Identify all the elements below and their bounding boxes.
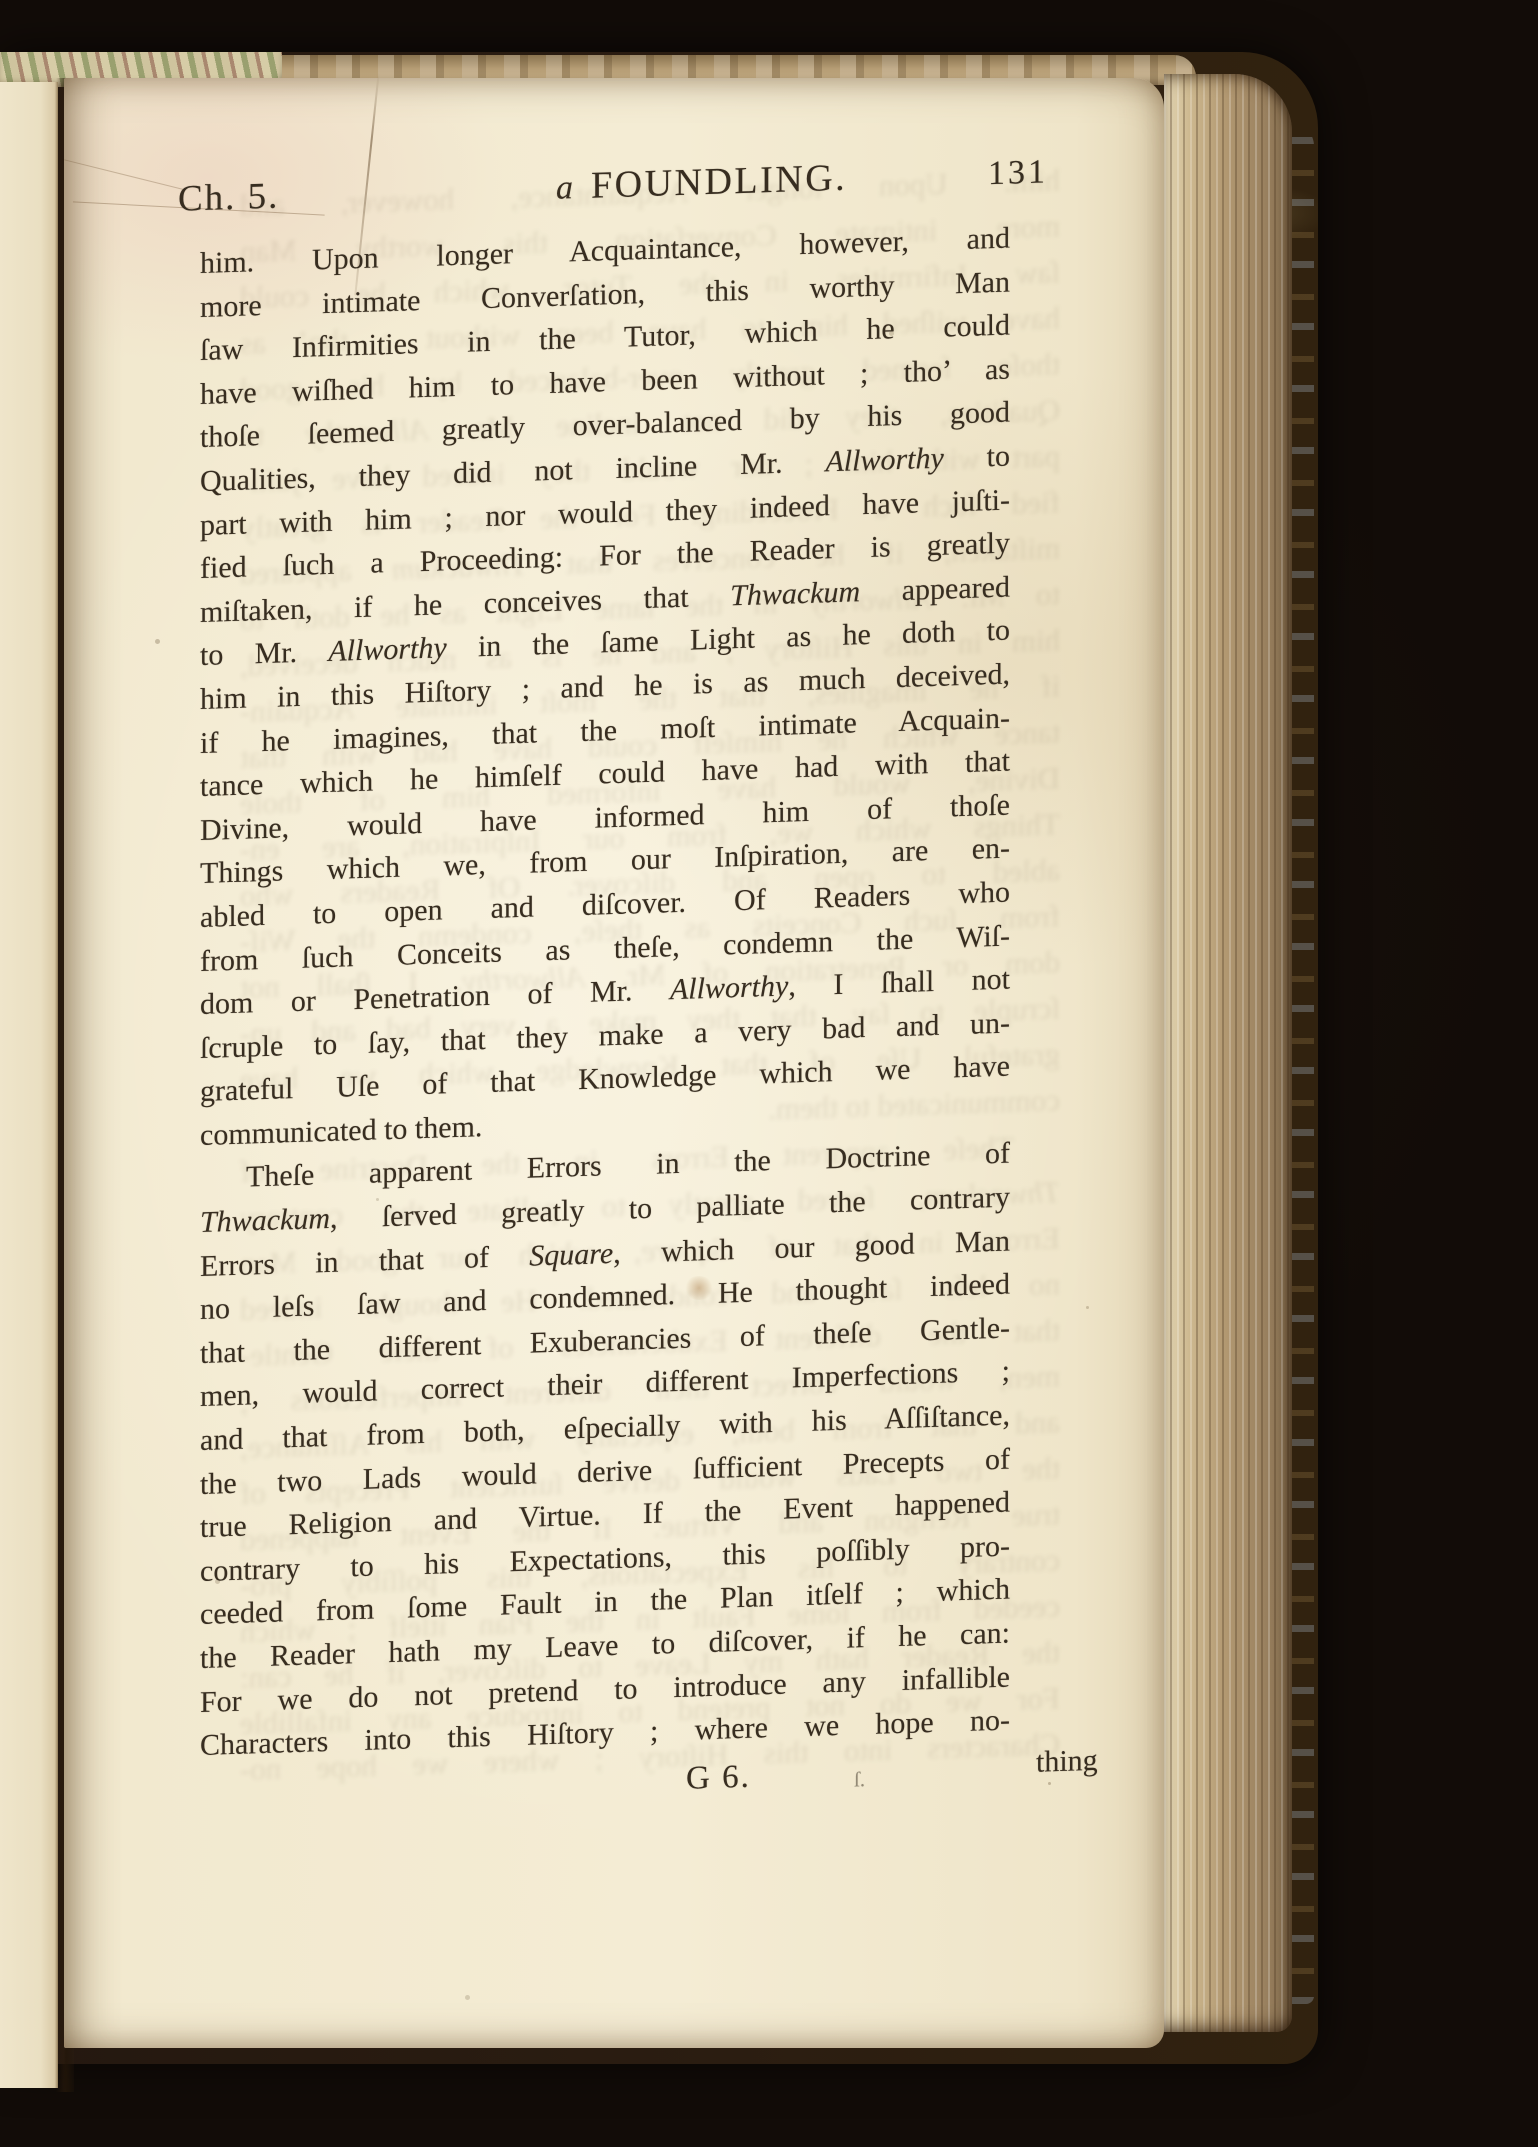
photo-background: him. Upon longer Acquaintance, however, …: [0, 0, 1538, 2147]
catchword: thing: [1036, 1744, 1098, 1780]
chapter-label: Ch. 5.: [178, 175, 279, 221]
book-page: him. Upon longer Acquaintance, however, …: [64, 78, 1164, 2048]
paper-specks: [64, 78, 67, 81]
cover-edge-flecks: [1290, 122, 1314, 2004]
page-number: 131: [988, 153, 1048, 193]
fore-edge-pages: [1164, 74, 1292, 2032]
running-title-article: a: [556, 169, 573, 207]
signature-mark: G 6.: [686, 1758, 751, 1797]
printed-text-block: Ch. 5. a FOUNDLING. 131 him. Upon longer…: [200, 103, 1010, 1826]
body-lines: him. Upon longer Acquaintance, however, …: [200, 217, 1010, 1768]
running-head: Ch. 5. a FOUNDLING. 131: [200, 99, 1120, 220]
book: him. Upon longer Acquaintance, however, …: [0, 52, 1318, 2064]
running-title: a FOUNDLING.: [556, 156, 847, 209]
facing-page-edge: [0, 82, 58, 2088]
running-title-text: FOUNDLING.: [591, 157, 847, 207]
press-mark: ſ.: [854, 1767, 865, 1792]
